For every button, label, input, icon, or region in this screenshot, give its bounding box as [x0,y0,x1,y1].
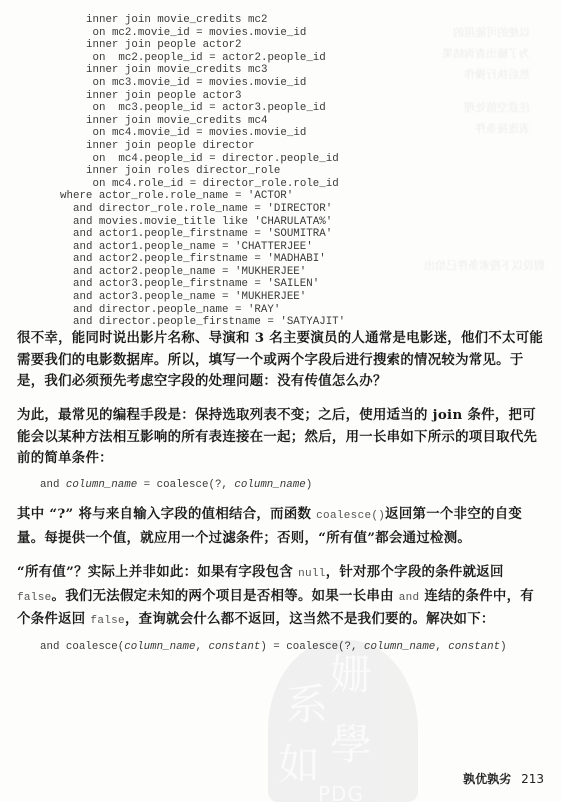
code-placeholder: column_name [364,641,435,653]
code-line: on mc2.movie_id = movies.movie_id [60,27,345,40]
bleed-line: 假设以下搜索条件已给出 [345,255,545,276]
code-text: , [435,641,448,653]
bleed-through-top: 以使的可能用的 为了输出查询结果 然后执行操作 注意空值处理 表连接条件 [390,22,530,139]
code-placeholder: constant [208,641,260,653]
code-line: and actor3.people_name = 'MUKHERJEE' [60,291,345,304]
paragraph-coalesce-explanation: 其中 “?” 将与来自输入字段的值相结合，而函数 coalesce()返回第一个… [17,504,547,549]
code-keyword: and [40,479,66,491]
inline-code: null [298,568,326,580]
bleed-line: 注意空值处理 [390,97,530,118]
code-line: inner join movie_credits mc2 [60,14,345,27]
inline-code: and [399,592,420,604]
code-line: inner join movie_credits mc4 [60,115,345,128]
chapter-title: 孰优孰劣 [463,772,511,786]
bleed-line: 然后执行操作 [390,64,530,85]
code-line: on mc4.movie_id = movies.movie_id [60,127,345,140]
code-text: ) [500,641,506,653]
paragraph-technique: 为此，最常见的编程手段是：保持选取列表不变；之后，使用适当的 join 条件，把… [17,405,547,470]
code-line: and actor2.people_name = 'MUKHERJEE' [60,266,345,279]
code-line: where actor_role.role_name = 'ACTOR' [60,190,345,203]
code-placeholder: constant [448,641,500,653]
code-line: on mc3.movie_id = movies.movie_id [60,77,345,90]
page-number: 213 [521,772,544,786]
code-line: inner join people director [60,140,345,153]
code-formula-simple: and column_name = coalesce(?, column_nam… [40,479,312,491]
watermark-seal-glyph: 姗 [330,650,372,700]
text-span: ，查询就会什么都不返回，这当然不是我们要的。解决如下： [125,611,495,627]
code-placeholder: column_name [124,641,195,653]
code-line: and director_role.role_name = 'DIRECTOR' [60,203,345,216]
text-span: ，针对那个字段的条件就返回 [326,564,504,580]
watermark-label: PDG [318,782,364,802]
inline-code: false [90,615,125,627]
code-line: and actor1.people_name = 'CHATTERJEE' [60,241,345,254]
code-text: = coalesce(?, [137,479,234,491]
bleed-through-mid: 假设以下搜索条件已给出 [345,255,545,276]
text-span: 。我们无法假定未知的两个项目是否相等。如果一长串由 [52,588,399,604]
inline-code: coalesce() [316,510,385,522]
watermark-seal-glyph: 系 [286,680,328,730]
bleed-line: 表连接条件 [390,118,530,139]
code-line: on mc3.people_id = actor3.people_id [60,102,345,115]
code-line: inner join movie_credits mc3 [60,64,345,77]
code-line: and director.people_firstname = 'SATYAJI… [60,316,345,329]
book-page: 以使的可能用的 为了输出查询结果 然后执行操作 注意空值处理 表连接条件 假设以… [0,0,562,802]
code-line: inner join people actor2 [60,39,345,52]
page-footer: 孰优孰劣213 [463,770,544,787]
paragraph-null-caveat: “所有值”？实际上并非如此：如果有字段包含 null，针对那个字段的条件就返回 … [17,562,547,633]
bleed-line: 为了输出查询结果 [390,43,530,64]
code-line: and movies.movie_title like 'CHARULATA%' [60,216,345,229]
code-line: on mc2.people_id = actor2.people_id [60,52,345,65]
text-span: “所有值”？实际上并非如此：如果有字段包含 [17,564,298,580]
text-span: 其中 “?” 将与来自输入字段的值相结合，而函数 [17,506,316,522]
code-line: and actor3.people_firstname = 'SAILEN' [60,278,345,291]
code-keyword: and coalesce( [40,641,124,653]
pdg-watermark: 姗 系 學 如 PDG [268,640,418,802]
code-line: inner join roles director_role [60,165,345,178]
inline-code: false [17,592,52,604]
code-line: inner join people actor3 [60,90,345,103]
watermark-seal-glyph: 如 [278,740,320,790]
code-line: and actor1.people_firstname = 'SOUMITRA' [60,228,345,241]
code-placeholder: column_name [66,479,137,491]
paragraph-intro: 很不幸，能同时说出影片名称、导演和 3 名主要演员的人通常是电影迷，他们不太可能… [17,328,547,393]
code-text: , [196,641,209,653]
code-line: and director.people_name = 'RAY' [60,304,345,317]
code-line: on mc4.people_id = director.people_id [60,153,345,166]
code-text: ) [306,479,312,491]
code-line: and actor2.people_firstname = 'MADHABI' [60,253,345,266]
code-text: ) = coalesce(?, [260,641,364,653]
bleed-line: 以使的可能用的 [390,22,530,43]
sql-code-block: inner join movie_credits mc2on mc2.movie… [60,14,345,329]
code-formula-solution: and coalesce(column_name, constant) = co… [40,641,507,653]
code-placeholder: column_name [234,479,305,491]
watermark-seal-glyph: 學 [330,720,372,770]
code-line: on mc4.role_id = director_role.role_id [60,178,345,191]
